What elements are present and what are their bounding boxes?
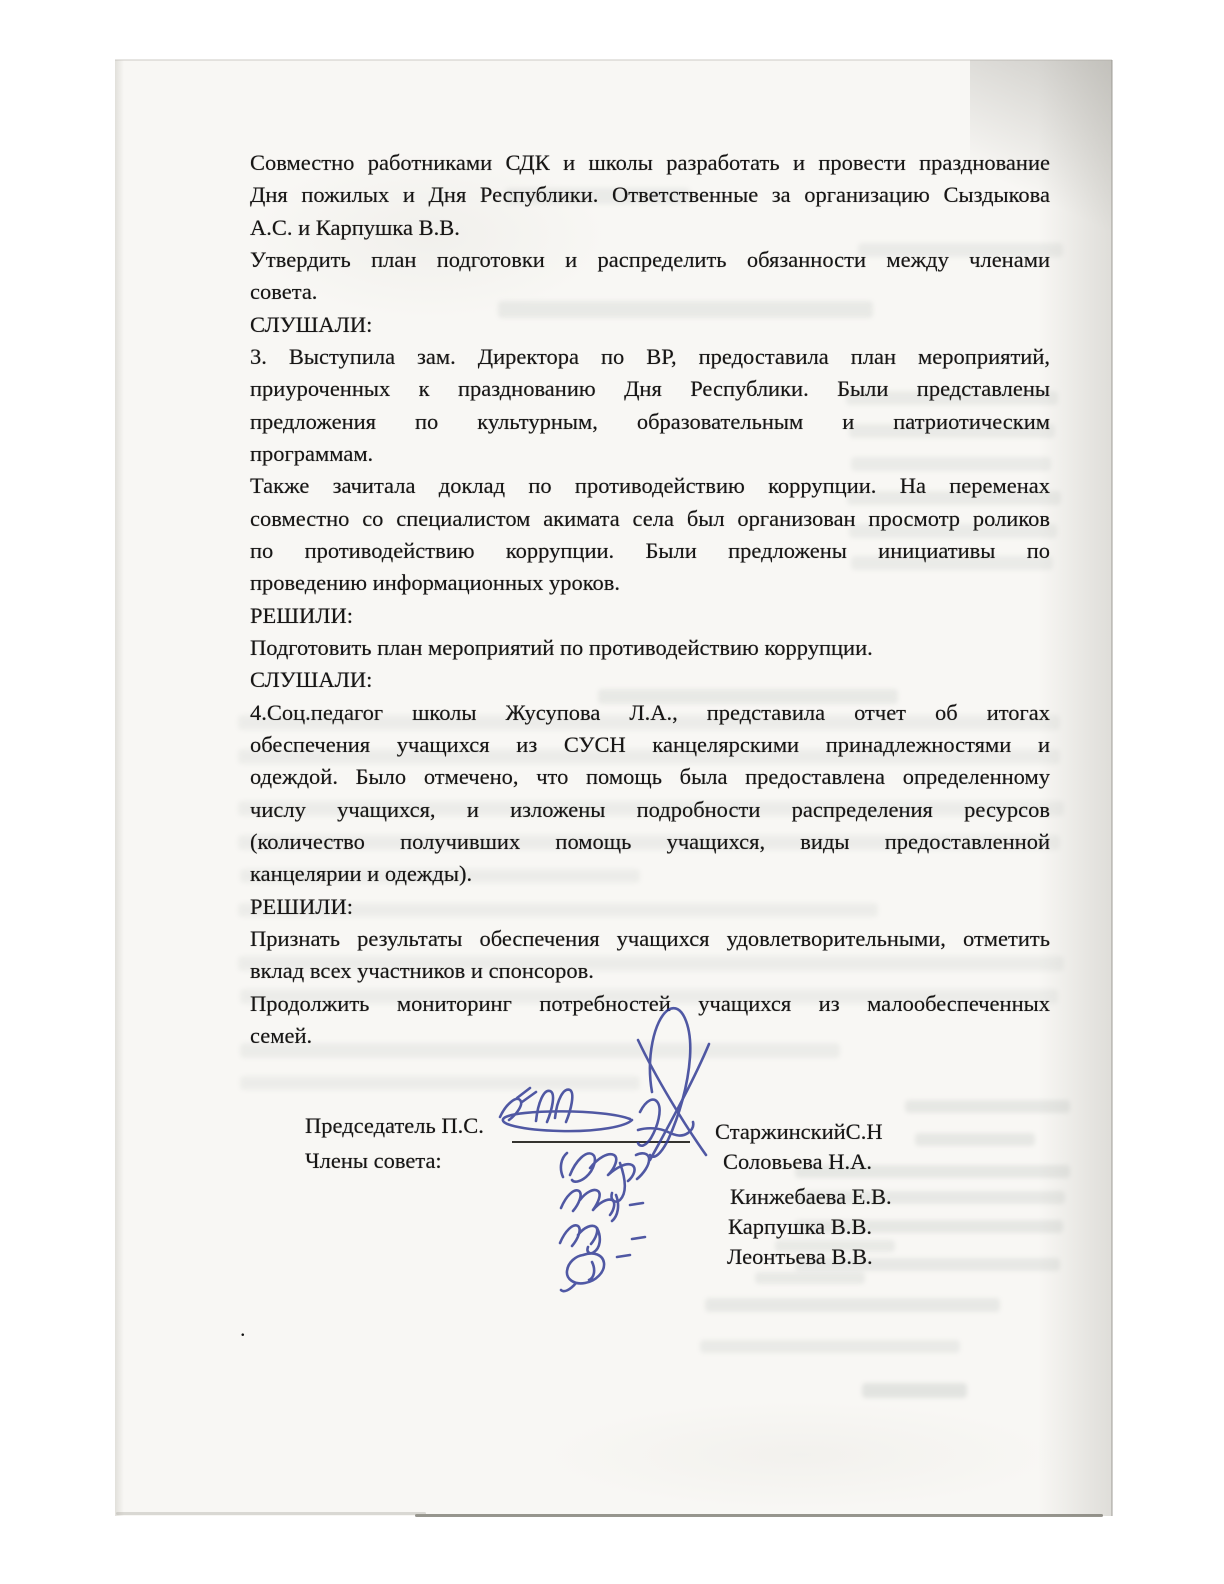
paragraph-line: канцелярии и одежды). [250,858,1050,890]
members-label: Члены совета: [305,1148,442,1174]
member-name: Кинжебаева Е.В. [730,1184,892,1210]
section-heading: РЕШИЛИ: [250,600,1050,632]
stray-mark: . [240,1316,246,1342]
section-heading: СЛУШАЛИ: [250,664,1050,696]
paragraph-line: предложения по культурным, образовательн… [250,406,1050,438]
section-heading: РЕШИЛИ: [250,891,1050,923]
section-heading: СЛУШАЛИ: [250,309,1050,341]
paper-texture [540,1400,1060,1510]
paragraph-line: программам. [250,438,1050,470]
paper-top-edge [115,59,1112,61]
document-body-text: Совместно работниками СДК и школы разраб… [250,147,1050,1052]
bleed-through-line [862,1383,967,1398]
scan-background: Совместно работниками СДК и школы разраб… [0,0,1224,1584]
paragraph-line: А.С. и Карпушка В.В. [250,212,1050,244]
bleed-through-line [240,1076,640,1090]
paragraph-line: одеждой. Было отмечено, что помощь была … [250,761,1050,793]
paragraph-line: Подготовить план мероприятий по противод… [250,632,1050,664]
bleed-through-line [705,1298,1000,1312]
paragraph-line: вклад всех участников и спонсоров. [250,955,1050,987]
paper-right-edge [1111,60,1113,1516]
chairman-label: Председатель П.С. [305,1113,484,1139]
paragraph-line: Совместно работниками СДК и школы разраб… [250,147,1050,179]
paragraph-line: числу учащихся, и изложены подробности р… [250,794,1050,826]
member-name: Карпушка В.В. [728,1214,872,1240]
paragraph-line: (количество получивших помощь учащихся, … [250,826,1050,858]
paragraph-line: 3. Выступила зам. Директора по ВР, предо… [250,341,1050,373]
paper-left-edge [115,60,124,1516]
signature-line [512,1141,690,1143]
member-name: Леонтьева В.В. [727,1244,873,1270]
bleed-through-line [755,1272,865,1284]
paragraph-line: семей. [250,1020,1050,1052]
bleed-through-line [700,1340,960,1353]
paragraph-line: приуроченных к празднованию Дня Республи… [250,373,1050,405]
paragraph-line: Дня пожилых и Дня Республики. Ответствен… [250,179,1050,211]
paragraph-line: 4.Соц.педагог школы Жусупова Л.А., предс… [250,697,1050,729]
paragraph-line: обеспечения учащихся из СУСН канцелярски… [250,729,1050,761]
paragraph-line: Продолжить мониторинг потребностей учащи… [250,988,1050,1020]
paragraph-line: совета. [250,276,1050,308]
paragraph-line: Также зачитала доклад по противодействию… [250,470,1050,502]
paper-bottom-edge [415,1514,1103,1517]
bleed-through-line [915,1133,1035,1146]
chairman-name: СтаржинскийС.Н [715,1119,883,1145]
member-name: Соловьева Н.А. [723,1149,872,1175]
paragraph-line: совместно со специалистом акимата села б… [250,503,1050,535]
paper-bottom-edge [116,1512,426,1515]
paragraph-line: по противодействию коррупции. Были предл… [250,535,1050,567]
paragraph-line: Признать результаты обеспечения учащихся… [250,923,1050,955]
paragraph-line: проведению информационных уроков. [250,567,1050,599]
paragraph-line: Утвердить план подготовки и распределить… [250,244,1050,276]
bleed-through-line [905,1100,1070,1113]
